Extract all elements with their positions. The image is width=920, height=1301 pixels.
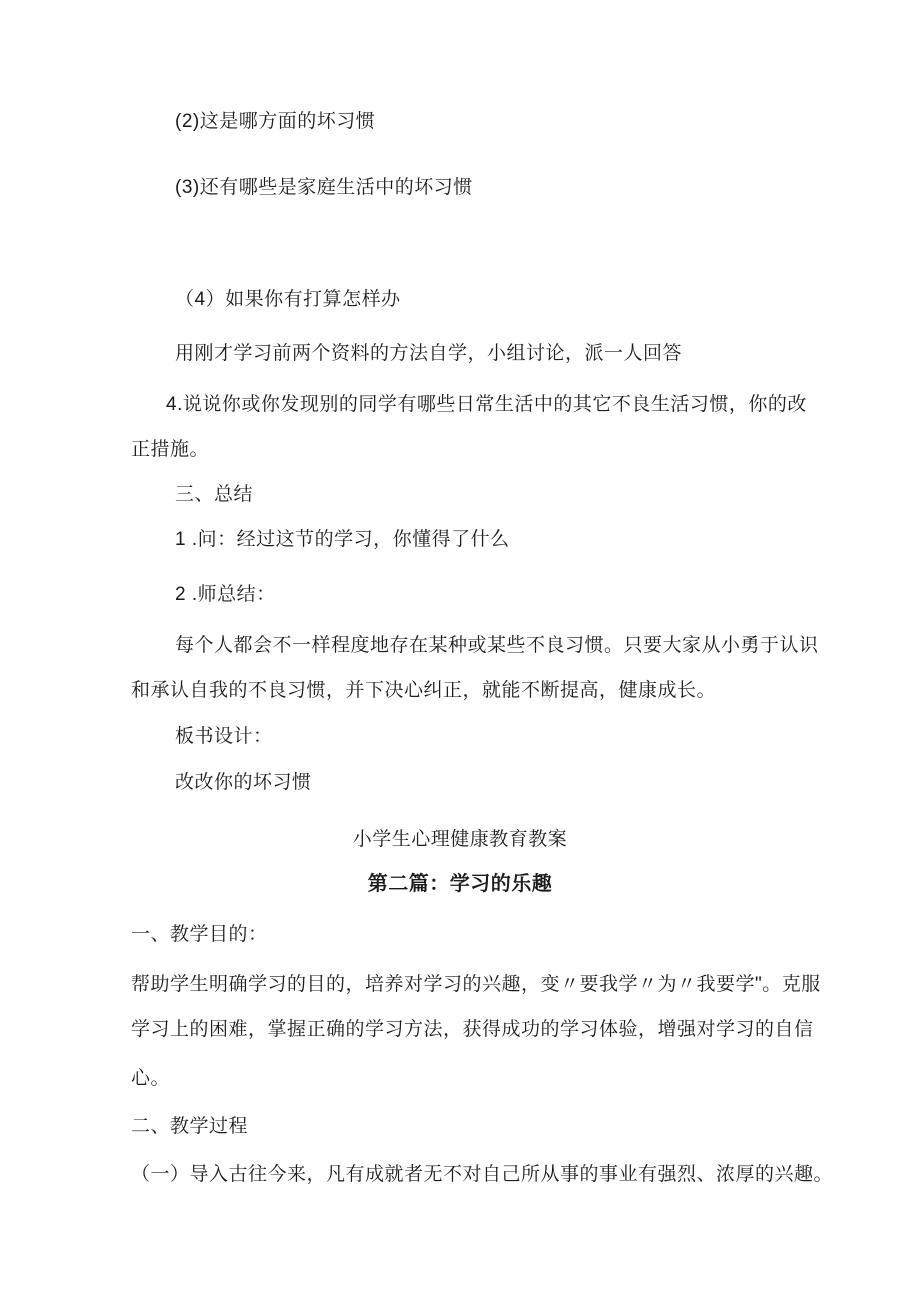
lead-in-line: （一）导入古往今来，凡有成就者无不对自己所从事的事业有强烈、浓厚的兴趣。 bbox=[131, 1161, 833, 1189]
document-page: (2)这是哪方面的坏习惯 (3)还有哪些是家庭生活中的坏习惯 （4）如果你有打算… bbox=[0, 0, 920, 1301]
teacher-summary-label: 2 .师总结： bbox=[175, 581, 276, 609]
teacher-summary-line-1: 每个人都会不一样程度地存在某种或某些不良习惯。只要大家从小勇于认识 bbox=[175, 632, 819, 660]
method-note: 用刚才学习前两个资料的方法自学，小组讨论，派一人回答 bbox=[175, 340, 682, 368]
teaching-aims-line-1: 帮助学生明确学习的目的，培养对学习的兴趣，变〃要我学〃为〃我要学"。克服 bbox=[131, 971, 821, 999]
section-summary-heading: 三、总结 bbox=[175, 481, 253, 509]
task-4-line-2: 正措施。 bbox=[131, 436, 209, 464]
question-3: (3)还有哪些是家庭生活中的坏习惯 bbox=[175, 174, 473, 202]
doc-title: 小学生心理健康教育教案 bbox=[131, 826, 789, 854]
teaching-aims-line-2: 学习上的困难，掌握正确的学习方法，获得成功的学习体验，增强对学习的自信 bbox=[131, 1016, 814, 1044]
teacher-summary-line-2: 和承认自我的不良习惯，并下决心纠正，就能不断提高，健康成长。 bbox=[131, 677, 716, 705]
question-4: （4）如果你有打算怎样办 bbox=[175, 286, 401, 314]
teaching-aims-line-3: 心。 bbox=[131, 1065, 170, 1093]
chapter-heading: 第二篇：学习的乐趣 bbox=[131, 870, 789, 898]
teaching-aims-heading: 一、教学目的： bbox=[131, 921, 268, 949]
summary-question: 1 .问：经过这节的学习，你懂得了什么 bbox=[175, 526, 510, 554]
board-design-content: 改改你的坏习惯 bbox=[175, 769, 312, 797]
question-2: (2)这是哪方面的坏习惯 bbox=[175, 108, 375, 136]
board-design-label: 板书设计： bbox=[175, 723, 273, 751]
task-4-line-1: 4.说说你或你发现别的同学有哪些日常生活中的其它不良生活习惯，你的改 bbox=[166, 391, 807, 419]
teaching-process-heading: 二、教学过程 bbox=[131, 1113, 248, 1141]
